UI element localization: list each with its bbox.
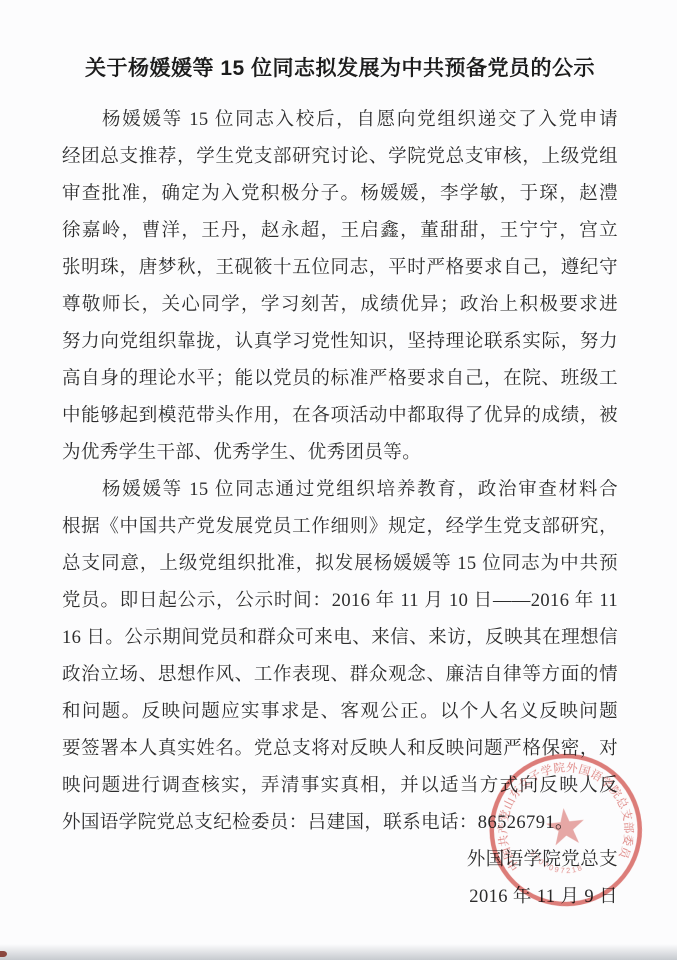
signature-date: 2016 年 11 月 9 日 [62,879,618,916]
scan-corner-speck [0,951,7,957]
document-title: 关于杨媛媛等 15 位同志拟发展为中共预备党员的公示 [62,52,618,92]
doc-line: 中能够起到模范带头作用，在各项活动中都取得了优异的成绩，被评 [62,398,618,435]
scan-edge-shadow [0,944,677,960]
doc-line: 根据《中国共产党发展党员工作细则》规定，经学生党支部研究，党 [62,509,618,546]
doc-line: 政治立场、思想作风、工作表现、群众观念、廉洁自律等方面的情况 [62,657,618,694]
doc-line: 高自身的理论水平；能以党员的标准严格要求自己，在院、班级工作 [62,361,618,398]
scanned-document-page: 关于杨媛媛等 15 位同志拟发展为中共预备党员的公示 杨媛媛等 15 位同志入校… [0,0,677,960]
doc-line: 和问题。反映问题应实事求是、客观公正。以个人名义反映问题的， [62,694,618,731]
doc-line: 尊敬师长，关心同学，学习刻苦，成绩优异；政治上积极要求进步， [62,287,618,324]
doc-line: 党员。即日起公示，公示时间：2016 年 11 月 10 日——2016 年 1… [62,583,618,620]
signature-org: 外国语学院党总支 [62,842,618,879]
doc-line: 为优秀学生干部、优秀学生、优秀团员等。 [62,435,618,472]
doc-line: 总支同意，上级党组织批准，拟发展杨媛媛等 15 位同志为中共预备 [62,546,618,583]
doc-line: 杨媛媛等 15 位同志入校后，自愿向党组织递交了入党申请书， [62,102,618,139]
doc-line: 努力向党组织靠拢，认真学习党性知识，坚持理论联系实际，努力提 [62,324,618,361]
doc-line: 映问题进行调查核实，弄清事实真相，并以适当方式向反映人反馈。 [62,768,618,805]
doc-line: 张明珠，唐梦秋，王砚筱十五位同志，平时严格要求自己，遵纪守法， [62,250,618,287]
doc-line: 经团总支推荐，学生党支部研究讨论、学院党总支审核，上级党组织 [62,139,618,176]
doc-line: 外国语学院党总支纪检委员：吕建国，联系电话：86526791。 [62,805,618,842]
document-body: 关于杨媛媛等 15 位同志拟发展为中共预备党员的公示 杨媛媛等 15 位同志入校… [62,52,618,916]
doc-line: 要签署本人真实姓名。党总支将对反映人和反映问题严格保密，对反 [62,731,618,768]
doc-line: 徐嘉岭，曹洋，王丹，赵永超，王启鑫，董甜甜，王宁宁，宫立杰， [62,213,618,250]
doc-line: 16 日。公示期间党员和群众可来电、来信、来访，反映其在理想信念、 [62,620,618,657]
doc-line: 审查批准，确定为入党积极分子。杨媛媛，李学敏，于琛，赵澧瑾， [62,176,618,213]
doc-line: 杨媛媛等 15 位同志通过党组织培养教育，政治审查材料合格， [62,472,618,509]
